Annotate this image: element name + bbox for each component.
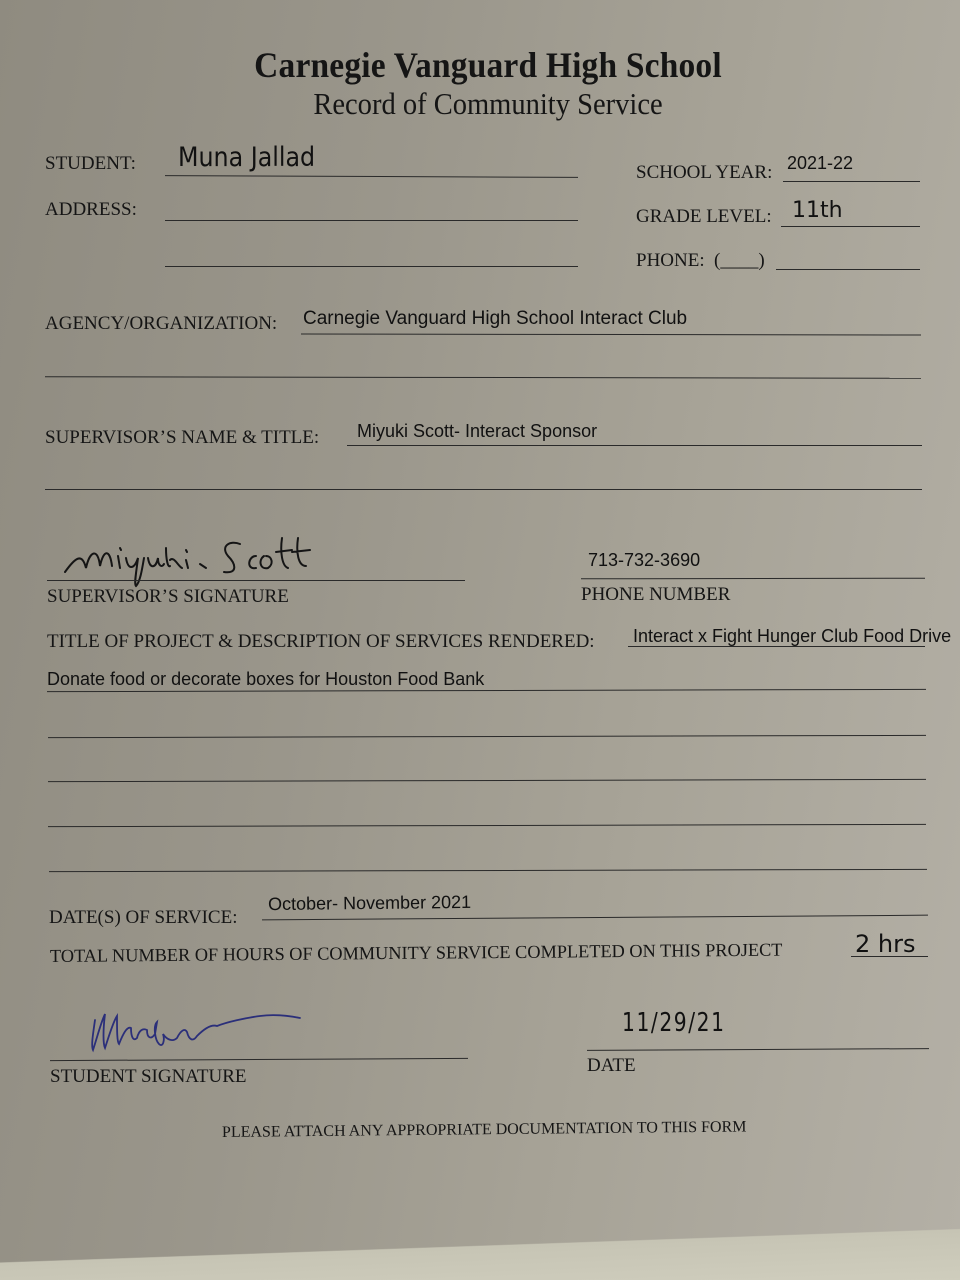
dates-of-service-value[interactable]: October- November 2021 [268,892,471,915]
total-hours-line [851,956,928,957]
total-hours-value[interactable]: 2 hrs [855,930,915,958]
agency-line-2[interactable] [45,376,921,379]
school-year-value[interactable]: 2021-22 [787,153,853,174]
supervisor-signature-graphic [60,530,340,590]
description-line-3[interactable] [48,779,926,782]
student-name-value[interactable]: Muna Jallad [178,142,315,173]
agency-line [301,333,921,335]
phone-label: PHONE: [636,250,705,272]
address-line-1[interactable] [165,220,578,221]
supervisor-name-line [347,445,922,446]
description-line-2[interactable] [48,735,926,738]
date-label: DATE [587,1055,636,1077]
grade-level-label: GRADE LEVEL: [636,206,772,228]
address-line-2[interactable] [165,266,578,267]
date-value[interactable]: 11/29/21 [622,1008,726,1038]
phone-area-code[interactable]: (____) [714,250,765,272]
total-hours-label: TOTAL NUMBER OF HOURS OF COMMUNITY SERVI… [50,940,783,967]
student-label: STUDENT: [45,153,136,175]
description-line-4[interactable] [48,824,926,827]
desk-surface [0,1220,960,1280]
project-description-line-1[interactable]: Donate food or decorate boxes for Housto… [47,669,484,690]
project-label: TITLE OF PROJECT & DESCRIPTION OF SERVIC… [47,631,595,653]
supervisor-name-label: SUPERVISOR’S NAME & TITLE: [45,427,319,449]
form-title: Record of Community Service [39,86,937,122]
supervisor-phone-line [581,578,925,580]
supervisor-phone-label: PHONE NUMBER [581,584,730,606]
description-line-5[interactable] [49,869,927,872]
grade-level-value[interactable]: 11th [792,198,843,223]
supervisor-name-line-2[interactable] [45,489,922,490]
supervisor-signature-label: SUPERVISOR’S SIGNATURE [47,586,289,608]
supervisor-signature-line[interactable] [47,580,465,581]
dates-of-service-line [262,915,928,921]
agency-label: AGENCY/ORGANIZATION: [45,313,277,335]
student-line [165,175,578,178]
student-signature-label: STUDENT SIGNATURE [50,1066,247,1088]
school-year-line [783,181,920,182]
attach-documentation-note: PLEASE ATTACH ANY APPROPRIATE DOCUMENTAT… [222,1119,747,1142]
dates-of-service-label: DATE(S) OF SERVICE: [49,907,238,929]
supervisor-phone-value[interactable]: 713-732-3690 [588,550,700,571]
project-title-value[interactable]: Interact x Fight Hunger Club Food Drive [633,626,951,647]
school-year-label: SCHOOL YEAR: [636,162,772,184]
grade-level-line [781,226,920,227]
supervisor-name-value[interactable]: Miyuki Scott- Interact Sponsor [357,421,597,442]
project-title-line [628,646,925,647]
agency-value[interactable]: Carnegie Vanguard High School Interact C… [303,308,687,330]
address-label: ADDRESS: [45,199,137,221]
school-name: Carnegie Vanguard High School [34,44,942,86]
date-line [587,1048,929,1051]
phone-line[interactable] [776,269,920,270]
student-signature-graphic [85,1000,310,1060]
